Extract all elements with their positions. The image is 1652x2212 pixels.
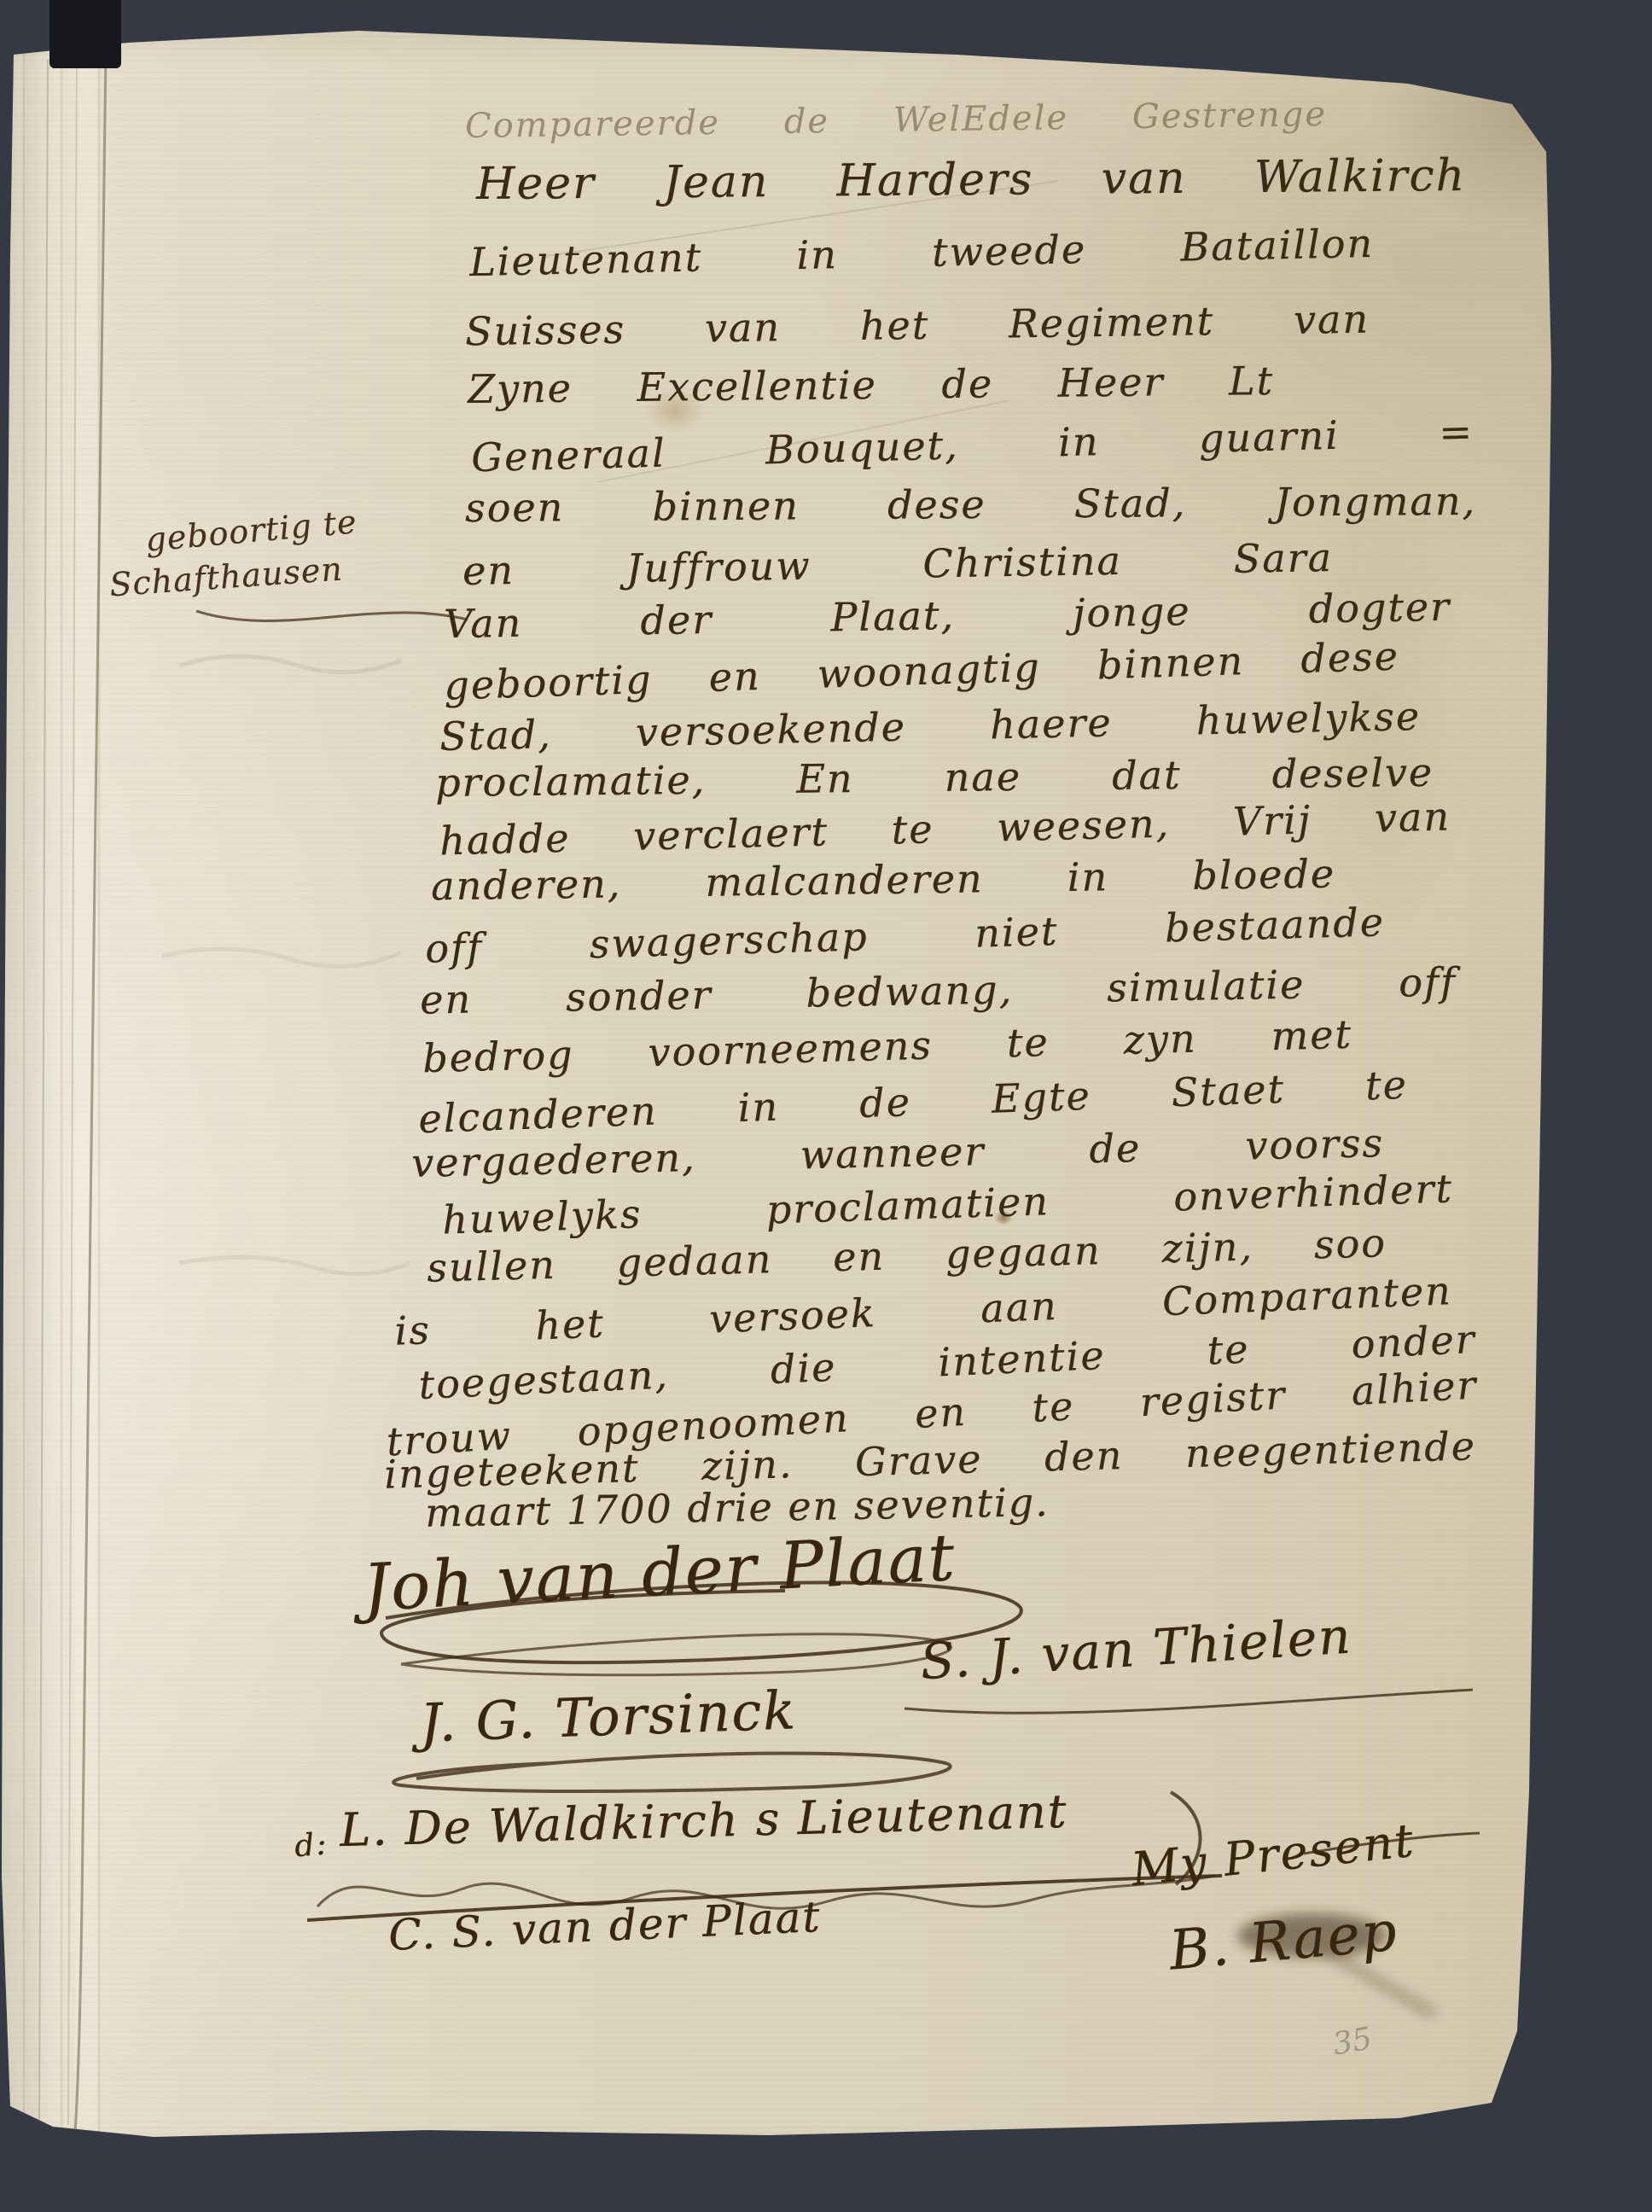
manuscript-line: soen binnen dese Stad, Jongman, xyxy=(465,479,1476,531)
binding-clamp xyxy=(49,0,121,68)
manuscript-line: Heer Jean Harders van Walkirch xyxy=(476,151,1466,211)
manuscript-page: Compareerde de WelEdele Gestrenge Heer J… xyxy=(0,0,1652,2212)
page-number: 35 xyxy=(1330,2021,1375,2062)
manuscript-line: Zyne Excellentie de Heer Lt xyxy=(468,358,1275,412)
signature-prefix-mark: d: xyxy=(293,1826,329,1864)
signature-j-g-torsinck: J. G. Torsinck xyxy=(419,1679,798,1754)
archival-document-scan: Compareerde de WelEdele Gestrenge Heer J… xyxy=(0,0,1652,2212)
